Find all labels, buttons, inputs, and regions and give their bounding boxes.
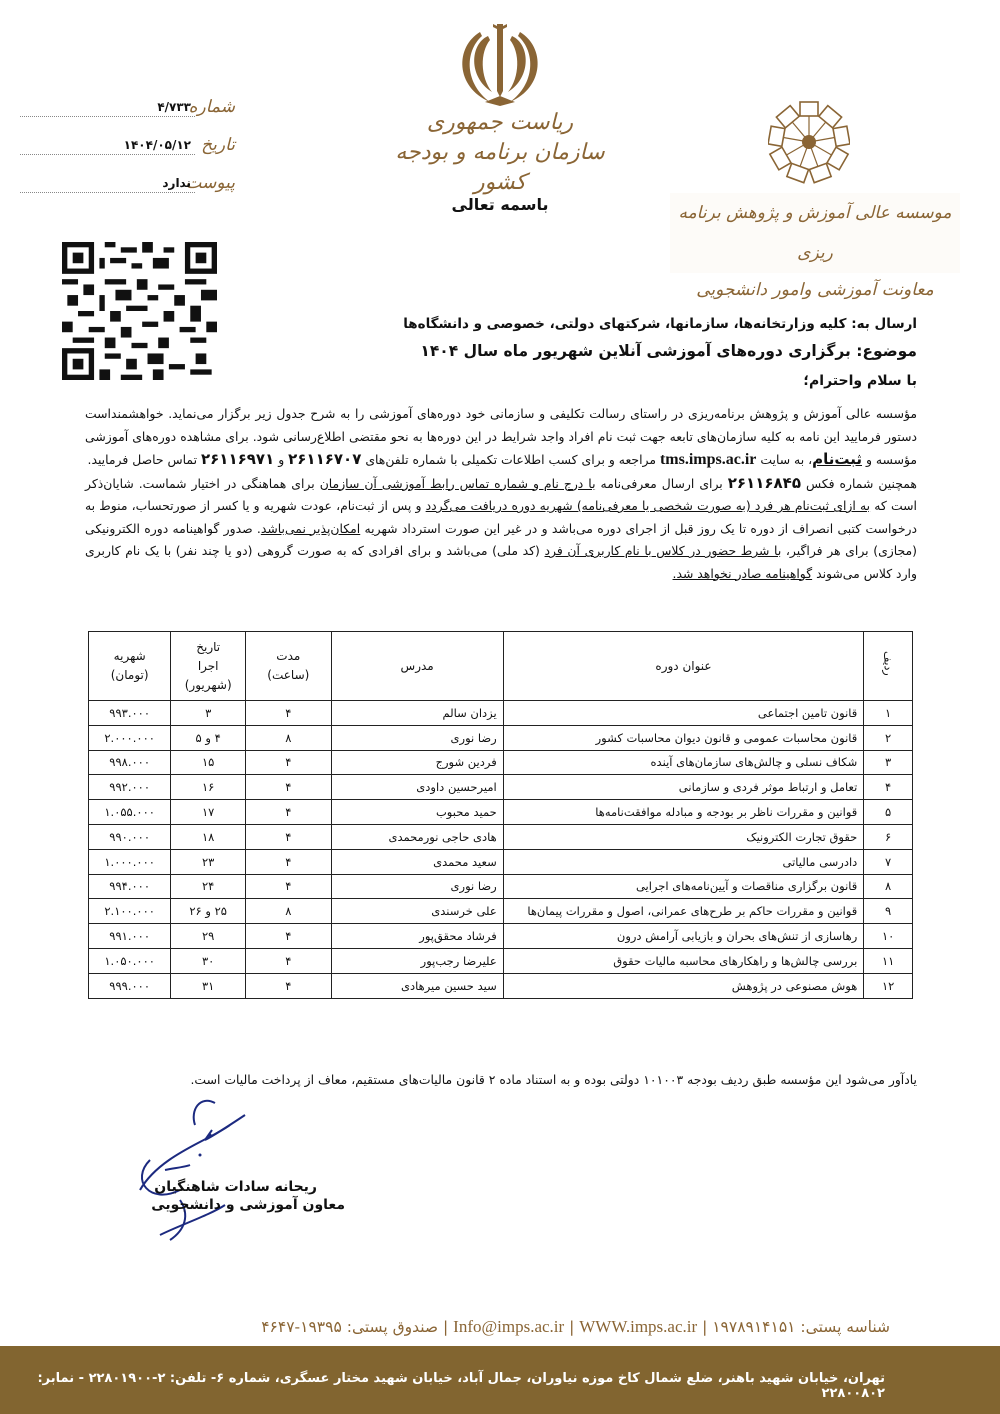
row-index: ۴ [864, 775, 913, 800]
instructor-name: هادی حاجی نورمحمدی [331, 824, 503, 849]
table-row: ۷دادرسی مالیاتیسعید محمدی۴۲۳۱.۰۰۰.۰۰۰ [89, 849, 913, 874]
tuition-fee: ۹۹۴.۰۰۰ [89, 874, 171, 899]
execution-date: ۳۰ [171, 948, 246, 973]
execution-date: ۲۳ [171, 849, 246, 874]
government-title: ریاست جمهوری سازمان برنامه و بودجه کشور [395, 108, 605, 198]
row-index: ۱ [864, 701, 913, 726]
duration-hours: ۴ [246, 849, 332, 874]
phone-1: ۲۶۱۱۶۷۰۷ [288, 450, 361, 468]
body-paragraph-1: مؤسسه عالی آموزش و پژوهش برنامه‌ریزی در … [85, 403, 917, 472]
row-index: ۵ [864, 800, 913, 825]
row-index: ۲ [864, 725, 913, 750]
table-row: ۳شکاف نسلی و چالش‌های سازمان‌های آیندهفر… [89, 750, 913, 775]
body-underline-2: به ازای ثبت‌نام هر فرد (به صورت شخصی یا … [426, 498, 870, 513]
meta-number: شماره ۴/۷۳۳ [20, 85, 235, 117]
footer-website-link[interactable]: WWW.imps.ac.ir [579, 1317, 697, 1336]
meta-date: تاریخ ۱۴۰۴/۰۵/۱۲ [20, 123, 235, 155]
institute-title: موسسه عالی آموزش و پژوهش برنامه ریزی معا… [670, 193, 960, 307]
header-index: ردیف [864, 632, 913, 701]
register-link[interactable]: ثبت‌نام [812, 450, 862, 468]
body-text-2a: ، به سایت [760, 452, 812, 467]
website-link[interactable]: tms.imps.ac.ir [660, 451, 756, 468]
execution-date: ۱۷ [171, 800, 246, 825]
letter-body: مؤسسه عالی آموزش و پژوهش برنامه‌ریزی در … [85, 403, 917, 585]
body-text-3b: برای ارسال معرفی‌نامه [601, 476, 723, 491]
table-row: ۱۱بررسی چالش‌ها و راهکارهای محاسبه مالیا… [89, 948, 913, 973]
instructor-name: امیرحسین داودی [331, 775, 503, 800]
subject-value: برگزاری دوره‌های آموزشی آنلاین شهریور ما… [420, 342, 850, 360]
footer-bar: تهران، خیابان شهید باهنر، ضلع شمال کاخ م… [0, 1346, 1000, 1414]
instructor-name: رضا نوری [331, 874, 503, 899]
tuition-fee: ۲.۰۰۰.۰۰۰ [89, 725, 171, 750]
fax-number: ۲۶۱۱۶۸۴۵ [728, 474, 801, 492]
instructor-name: سید حسین میرهادی [331, 973, 503, 998]
row-index: ۸ [864, 874, 913, 899]
footer-address: تهران، خیابان شهید باهنر، ضلع شمال کاخ م… [0, 1371, 885, 1401]
signer-title: معاون آموزشی و دانشجویی [95, 1196, 345, 1214]
row-index: ۳ [864, 750, 913, 775]
signer-name: ریحانه سادات شاهنگیان [95, 1178, 345, 1196]
body-text-2c: تماس حاصل فرمایید. [88, 452, 198, 467]
duration-hours: ۴ [246, 701, 332, 726]
tuition-fee: ۹۹۹.۰۰۰ [89, 973, 171, 998]
email-link[interactable]: Info@imps.ac.ir [453, 1317, 564, 1336]
execution-date: ۱۵ [171, 750, 246, 775]
meta-date-label: تاریخ [195, 135, 235, 155]
duration-hours: ۴ [246, 824, 332, 849]
tuition-fee: ۹۹۰.۰۰۰ [89, 824, 171, 849]
execution-date: ۳۱ [171, 973, 246, 998]
phone-2: ۲۶۱۱۶۹۷۱ [201, 450, 274, 468]
tuition-fee: ۱.۰۵۰.۰۰۰ [89, 948, 171, 973]
po-box-label: صندوق پستی: [347, 1318, 438, 1336]
subject-line: موضوع: برگزاری دوره‌های آموزشی آنلاین شه… [87, 342, 917, 360]
meta-attachment-label: پیوست [195, 173, 235, 193]
tuition-fee: ۹۹۳.۰۰۰ [89, 701, 171, 726]
bismillah-heading: باسمه تعالی [400, 195, 600, 214]
body-underline-4: با شرط حضور در کلاس با نام کاربری آن فرد [545, 543, 782, 558]
meta-date-value: ۱۴۰۴/۰۵/۱۲ [20, 138, 195, 155]
duration-hours: ۴ [246, 874, 332, 899]
po-box: ۱۹۳۹۵-۴۶۴۷ [261, 1318, 342, 1336]
execution-date: ۱۸ [171, 824, 246, 849]
table-row: ۹قوانین و مقررات حاکم بر طرح‌های عمرانی،… [89, 899, 913, 924]
meta-attachment: پیوست ندارد [20, 161, 235, 193]
execution-date: ۲۵ و ۲۶ [171, 899, 246, 924]
table-row: ۸قانون برگزاری مناقصات و آیین‌نامه‌های ا… [89, 874, 913, 899]
duration-hours: ۴ [246, 800, 332, 825]
course-title: شکاف نسلی و چالش‌های سازمان‌های آینده [503, 750, 864, 775]
execution-date: ۳ [171, 701, 246, 726]
execution-date: ۴ و ۵ [171, 725, 246, 750]
execution-date: ۲۹ [171, 924, 246, 949]
instructor-name: حمید محبوب [331, 800, 503, 825]
course-title: قانون تامین اجتماعی [503, 701, 864, 726]
recipient-label: ارسال به: [851, 316, 917, 332]
row-index: ۷ [864, 849, 913, 874]
course-title: قوانین و مقررات ناظر بر بودجه و مبادله م… [503, 800, 864, 825]
header-date: تاریخاجرا(شهریور) [171, 632, 246, 701]
header-duration: مدت(ساعت) [246, 632, 332, 701]
table-row: ۲قانون محاسبات عمومی و قانون دیوان محاسب… [89, 725, 913, 750]
row-index: ۶ [864, 824, 913, 849]
table-row: ۱۰رهاسازی از تنش‌های بحران و بازیابی آرا… [89, 924, 913, 949]
subject-label: موضوع: [856, 342, 917, 360]
tuition-fee: ۱.۰۰۰.۰۰۰ [89, 849, 171, 874]
instructor-name: سعید محمدی [331, 849, 503, 874]
row-index: ۱۲ [864, 973, 913, 998]
instructor-name: علیرضا رجب‌پور [331, 948, 503, 973]
table-row: ۵قوانین و مقررات ناظر بر بودجه و مبادله … [89, 800, 913, 825]
courses-table: ردیف عنوان دوره مدرس مدت(ساعت) تاریخاجرا… [88, 631, 913, 999]
instructor-name: فردین شورج [331, 750, 503, 775]
table-header-row: ردیف عنوان دوره مدرس مدت(ساعت) تاریخاجرا… [89, 632, 913, 701]
course-title: رهاسازی از تنش‌های بحران و بازیابی آرامش… [503, 924, 864, 949]
duration-hours: ۴ [246, 948, 332, 973]
meta-number-label: شماره [195, 97, 235, 117]
instructor-name: علی خرسندی [331, 899, 503, 924]
body-and: و [278, 452, 284, 467]
instructor-name: فرشاد محقق‌پور [331, 924, 503, 949]
greeting: با سلام واحترام؛ [87, 373, 917, 389]
course-title: دادرسی مالیاتی [503, 849, 864, 874]
table-row: ۶حقوق تجارت الکترونیکهادی حاجی نورمحمدی۴… [89, 824, 913, 849]
body-text-3a: همچنین شماره فکس [806, 476, 917, 491]
letter-meta: شماره ۴/۷۳۳ تاریخ ۱۴۰۴/۰۵/۱۲ پیوست ندارد [20, 85, 235, 199]
course-title: حقوق تجارت الکترونیک [503, 824, 864, 849]
signer-block: ریحانه سادات شاهنگیان معاون آموزشی و دان… [95, 1178, 345, 1214]
course-title: قوانین و مقررات حاکم بر طرح‌های عمرانی، … [503, 899, 864, 924]
footer-contact: شناسه پستی: ۱۹۷۸۹۱۴۱۵۱ | Info@imps.ac.ir… [120, 1317, 890, 1337]
recipient-value: کلیه وزارتخانه‌ها، سازمانها، شرکتهای دول… [403, 316, 846, 332]
meta-number-value: ۴/۷۳۳ [20, 100, 195, 117]
signature-icon [120, 1085, 280, 1245]
institute-name: موسسه عالی آموزش و پژوهش برنامه ریزی [670, 193, 960, 273]
row-index: ۱۱ [864, 948, 913, 973]
department-name: معاونت آموزشی وامور دانشجویی [670, 273, 960, 307]
body-underline-3: امکان‌پذیر نمی‌باشد [261, 521, 360, 536]
institute-logo-icon [768, 96, 850, 188]
header-instructor: مدرس [331, 632, 503, 701]
row-index: ۹ [864, 899, 913, 924]
iran-emblem-icon [440, 22, 560, 112]
header-fee: شهریه(تومان) [89, 632, 171, 701]
duration-hours: ۴ [246, 775, 332, 800]
execution-date: ۱۶ [171, 775, 246, 800]
duration-hours: ۸ [246, 899, 332, 924]
tuition-fee: ۹۹۸.۰۰۰ [89, 750, 171, 775]
duration-hours: ۴ [246, 750, 332, 775]
presidency-text: ریاست جمهوری [395, 108, 605, 138]
table-row: ۱۲هوش مصنوعی در پژوهشسید حسین میرهادی۴۳۱… [89, 973, 913, 998]
instructor-name: یزدان سالم [331, 701, 503, 726]
body-text-2b: مراجعه و برای کسب اطلاعات تکمیلی با شمار… [365, 452, 656, 467]
duration-hours: ۴ [246, 973, 332, 998]
postal-code-label: شناسه پستی: [800, 1318, 890, 1336]
tuition-fee: ۹۹۲.۰۰۰ [89, 775, 171, 800]
instructor-name: رضا نوری [331, 725, 503, 750]
duration-hours: ۸ [246, 725, 332, 750]
table-row: ۴تعامل و ارتباط موثر فردی و سازمانیامیرح… [89, 775, 913, 800]
course-title: قانون محاسبات عمومی و قانون دیوان محاسبا… [503, 725, 864, 750]
tuition-fee: ۹۹۱.۰۰۰ [89, 924, 171, 949]
meta-attachment-value: ندارد [20, 176, 195, 193]
course-title: بررسی چالش‌ها و راهکارهای محاسبه مالیات … [503, 948, 864, 973]
header-title: عنوان دوره [503, 632, 864, 701]
body-underline-5: گواهینامه صادر نخواهد شد. [673, 566, 813, 581]
course-title: تعامل و ارتباط موثر فردی و سازمانی [503, 775, 864, 800]
table-row: ۱قانون تامین اجتماعییزدان سالم۴۳۹۹۳.۰۰۰ [89, 701, 913, 726]
tuition-fee: ۲.۱۰۰.۰۰۰ [89, 899, 171, 924]
recipient-line: ارسال به: کلیه وزارتخانه‌ها، سازمانها، ش… [87, 316, 917, 332]
postal-code: ۱۹۷۸۹۱۴۱۵۱ [712, 1318, 795, 1336]
duration-hours: ۴ [246, 924, 332, 949]
course-title: قانون برگزاری مناقصات و آیین‌نامه‌های اج… [503, 874, 864, 899]
body-underline-1: با درج نام و شماره تماس رابط آموزشی آن س… [320, 476, 596, 491]
budget-org-text: سازمان برنامه و بودجه کشور [395, 138, 605, 198]
execution-date: ۲۴ [171, 874, 246, 899]
tuition-fee: ۱.۰۵۵.۰۰۰ [89, 800, 171, 825]
course-title: هوش مصنوعی در پژوهش [503, 973, 864, 998]
row-index: ۱۰ [864, 924, 913, 949]
body-paragraph-2: همچنین شماره فکس ۲۶۱۱۶۸۴۵ برای ارسال معر… [85, 472, 917, 586]
